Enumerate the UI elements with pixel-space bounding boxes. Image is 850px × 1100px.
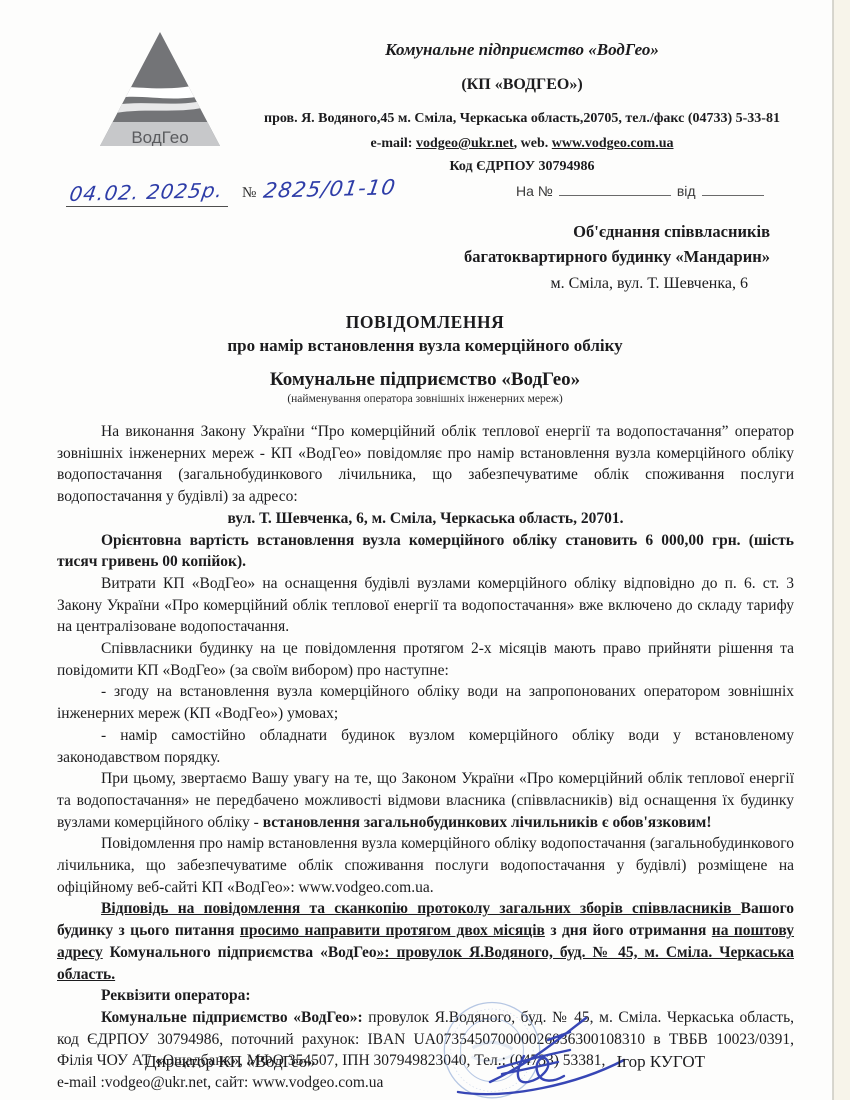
recipient-address: м. Сміла, вул. Т. Шевченка, 6 [290,275,770,293]
operator-name: Комунальне підприємство «ВодГео» [0,369,850,391]
director-name: Ігор КУГОТ [616,1052,705,1072]
incoming-date-blank [702,183,764,196]
mandatory-bold: встановлення загальнобудинкових лічильни… [263,814,712,831]
incoming-number-blank [559,183,671,196]
response-run1: Відповідь на повідомлення та сканкопію п… [101,900,741,917]
email-link: vodgeo@ukr.net [416,136,514,151]
paragraph-intro: На виконання Закону України “Про комерці… [57,421,794,508]
building-address: вул. Т. Шевченка, 6, м. Сміла, Черкаська… [57,508,794,530]
letterhead: Комунальне підприємство «ВодГео» (КП «ВО… [248,40,796,175]
paragraph-coowners: Співвласники будинку на це повідомлення … [57,638,794,681]
handwritten-date: 04.02. 2025р. [68,178,225,206]
org-name-italic: Комунальне підприємство «ВодГео» [248,40,796,60]
logo-text: ВодГео [131,128,188,147]
recipient-line1: Об'єднання співвласників [290,222,770,242]
response-run4: з дня його отримання [545,922,712,939]
org-address-line: пров. Я. Водяного,45 м. Сміла, Черкаська… [248,111,796,127]
director-label: Директор КП «ВодГео» [145,1052,316,1072]
org-name-caps: (КП «ВОДГЕО») [248,76,796,94]
date-underline [66,206,228,207]
web-label: , web. [514,136,552,151]
bullet-self-install: - намір самостійно обладнати будинок вуз… [57,725,794,768]
vid-label: від [677,183,696,199]
title-line2: про намір встановлення вузла комерційног… [0,336,850,356]
title-line1: ПОВІДОМЛЕННЯ [0,312,850,333]
requisites-lead: Комунальне підприємство «ВодГео»: [101,1009,363,1026]
response-run3: просимо направити протягом двох місяців [240,922,545,939]
incoming-ref-fields: На №від [516,183,764,199]
paragraph-response-request: Відповідь на повідомлення та сканкопію п… [57,898,794,985]
vodgeo-logo-icon: ВодГео [96,28,224,150]
response-run6: Комунального підприємства «ВодГео [103,944,377,961]
paragraph-expenses: Витрати КП «ВодГео» на оснащення будівлі… [57,573,794,638]
reference-row: 04.02. 2025р. № 2825/01-10 На №від [66,180,806,220]
document-title: ПОВІДОМЛЕННЯ про намір встановлення вузл… [0,312,850,405]
recipient-block: Об'єднання співвласників багатоквартирно… [290,222,770,293]
email-label: e-mail: [370,136,415,151]
paragraph-cost: Орієнтовна вартість встановлення вузла к… [57,530,794,573]
letter-body: На виконання Закону України “Про комерці… [57,421,794,1094]
edrpou-code-line: Код ЄДРПОУ 30794986 [248,159,796,175]
web-link: www.vodgeo.com.ua [552,136,674,151]
operator-subtitle: (найменування оператора зовнішніх інжене… [0,393,850,405]
number-sign-label: № [242,185,256,202]
recipient-line2: багатоквартирного будинку «Мандарин» [290,247,770,267]
org-contact-line: e-mail: vodgeo@ukr.net, web. www.vodgeo.… [248,136,796,152]
scanned-letter-page: ВодГео Комунальне підприємство «ВодГео» … [0,0,850,1100]
scan-edge-line [832,0,834,1100]
na-no-label: На № [516,183,553,199]
scan-margin [833,0,850,1100]
signature-row: Директор КП «ВодГео» Ігор КУГОТ [57,1052,793,1072]
bullet-consent: - згоду на встановлення вузла комерційно… [57,681,794,724]
handwritten-outgoing-number: 2825/01-10 [262,175,398,202]
paragraph-mandatory: При цьому, звертаємо Вашу увагу на те, щ… [57,768,794,833]
paragraph-website: Повідомлення про намір встановлення вузл… [57,833,794,898]
